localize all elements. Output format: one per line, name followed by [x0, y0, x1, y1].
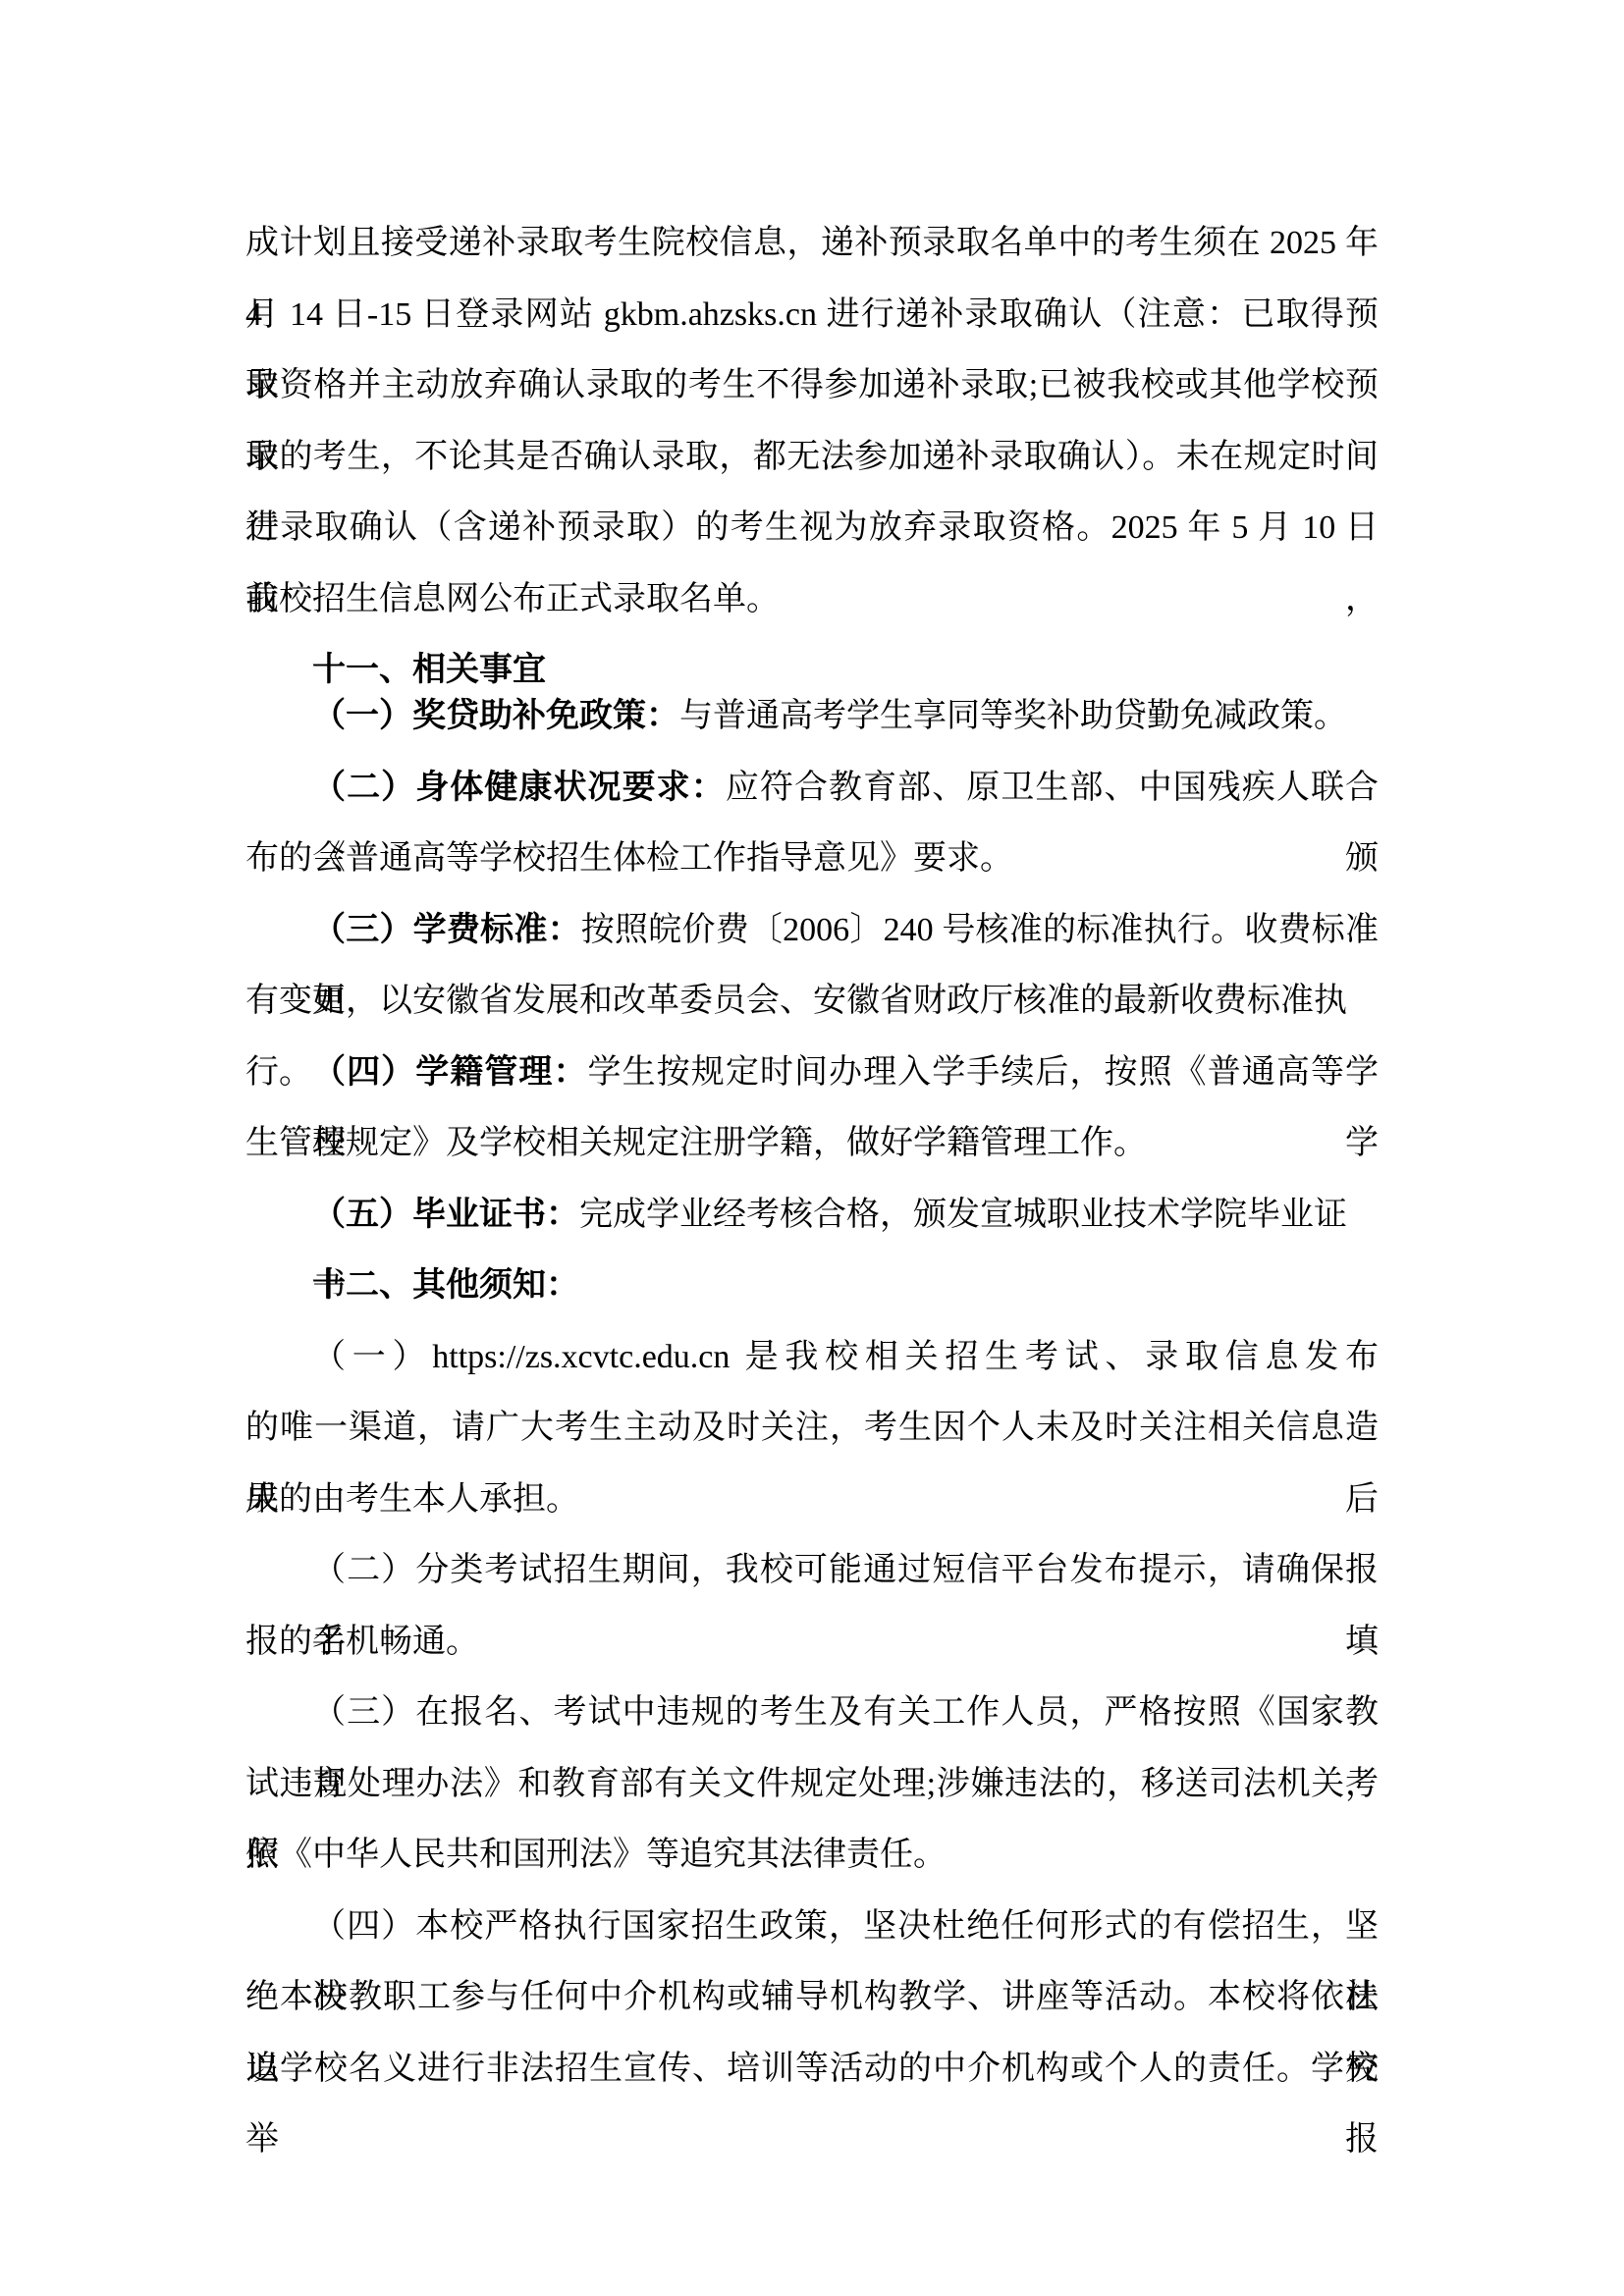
item-11-5: （五）毕业证书：完成学业经考核合格，颁发宣城职业技术学院毕业证书 [245, 1180, 1379, 1252]
carryover-para-line-2: 月 14 日-15 日登录网站 gkbm.ahzsks.cn 进行递补录取确认（… [245, 280, 1379, 351]
item-11-3-line-1: （三）学费标准：按照皖价费〔2006〕240 号核准的标准执行。收费标准如 [245, 895, 1379, 967]
document-page: 成计划且接受递补录取考生院校信息，递补预录取名单中的考生须在 2025 年 4月… [0, 0, 1624, 2296]
bold-label: （四）学籍管理： [312, 1054, 588, 1091]
carryover-para-line-1: 成计划且接受递补录取考生院校信息，递补预录取名单中的考生须在 2025 年 4 [245, 208, 1379, 280]
text-run: 照《中华人民共和国刑法》等追究其法律责任。 [245, 1837, 947, 1873]
item-12-1-line-1: （一）https://zs.xcvtc.edu.cn 是我校相关招生考试、录取信… [245, 1322, 1379, 1394]
section-heading-12: 十二、其他须知： [245, 1251, 1379, 1322]
item-12-4-line-2: 绝本校教职工参与任何中介机构或辅导机构教学、讲座等活动。本校将依法追究 [245, 1962, 1379, 2034]
bold-label: （三）学费标准： [312, 912, 581, 948]
item-12-4-line-3: 以学校名义进行非法招生宣传、培训等活动的中介机构或个人的责任。学校举报 [245, 2034, 1379, 2106]
text-run: 与普通高考学生享同等奖补助贷勤免减政策。 [679, 698, 1347, 734]
bold-label: （二）身体健康状况要求： [312, 770, 726, 806]
document-content: 成计划且接受递补录取考生院校信息，递补预录取名单中的考生须在 2025 年 4月… [245, 208, 1379, 2105]
item-12-4-line-1: （四）本校严格执行国家招生政策，坚决杜绝任何形式的有偿招生，坚决杜 [245, 1892, 1379, 1963]
bold-label: 十二、其他须知： [312, 1267, 579, 1304]
text-run: 以学校名义进行非法招生宣传、培训等活动的中介机构或个人的责任。学校举报 [245, 2051, 1379, 2159]
item-12-3-line-1: （三）在报名、考试中违规的考生及有关工作人员，严格按照《国家教育考 [245, 1678, 1379, 1749]
item-11-1: （一）奖贷助补免政策：与普通高考学生享同等奖补助贷勤免减政策。 [245, 681, 1379, 753]
text-run: 我校招生信息网公布正式录取名单。 [245, 581, 780, 617]
item-12-3-line-2: 试违规处理办法》和教育部有关文件规定处理;涉嫌违法的，移送司法机关，依 [245, 1749, 1379, 1821]
carryover-para-line-4: 取的考生，不论其是否确认录取，都无法参加递补录取确认）。未在规定时间进 [245, 422, 1379, 494]
carryover-para-line-3: 取资格并主动放弃确认录取的考生不得参加递补录取;已被我校或其他学校预录 [245, 350, 1379, 422]
item-11-4-line-1: （四）学籍管理：学生按规定时间办理入学手续后，按照《普通高等学校学 [245, 1038, 1379, 1109]
section-heading-11: 十一、相关事宜 [245, 635, 1379, 681]
item-12-3-line-3: 照《中华人民共和国刑法》等追究其法律责任。 [245, 1820, 1379, 1892]
item-11-2-line-1: （二）身体健康状况要求：应符合教育部、原卫生部、中国残疾人联合会颁 [245, 753, 1379, 825]
text-run: （一）https://zs.xcvtc.edu.cn 是我校相关招生考试、录取信… [312, 1339, 1379, 1375]
carryover-para-line-5: 行录取确认（含递补预录取）的考生视为放弃录取资格。2025 年 5 月 10 日… [245, 493, 1379, 564]
text-run: 果的由考生本人承担。 [245, 1481, 579, 1518]
item-12-2-line-1: （二）分类考试招生期间，我校可能通过短信平台发布提示，请确保报名填 [245, 1535, 1379, 1607]
item-12-1-line-2: 的唯一渠道，请广大考生主动及时关注，考生因个人未及时关注相关信息造成后 [245, 1393, 1379, 1465]
item-11-3-line-2: 有变更，以安徽省发展和改革委员会、安徽省财政厅核准的最新收费标准执行。 [245, 966, 1379, 1038]
bold-label: （五）毕业证书： [312, 1197, 579, 1233]
text-run: 报的手机畅通。 [245, 1624, 479, 1660]
text-run: 生管理规定》及学校相关规定注册学籍，做好学籍管理工作。 [245, 1125, 1147, 1161]
bold-label: （一）奖贷助补免政策： [312, 698, 679, 734]
text-run: 布的《普通高等学校招生体检工作指导意见》要求。 [245, 840, 1013, 877]
